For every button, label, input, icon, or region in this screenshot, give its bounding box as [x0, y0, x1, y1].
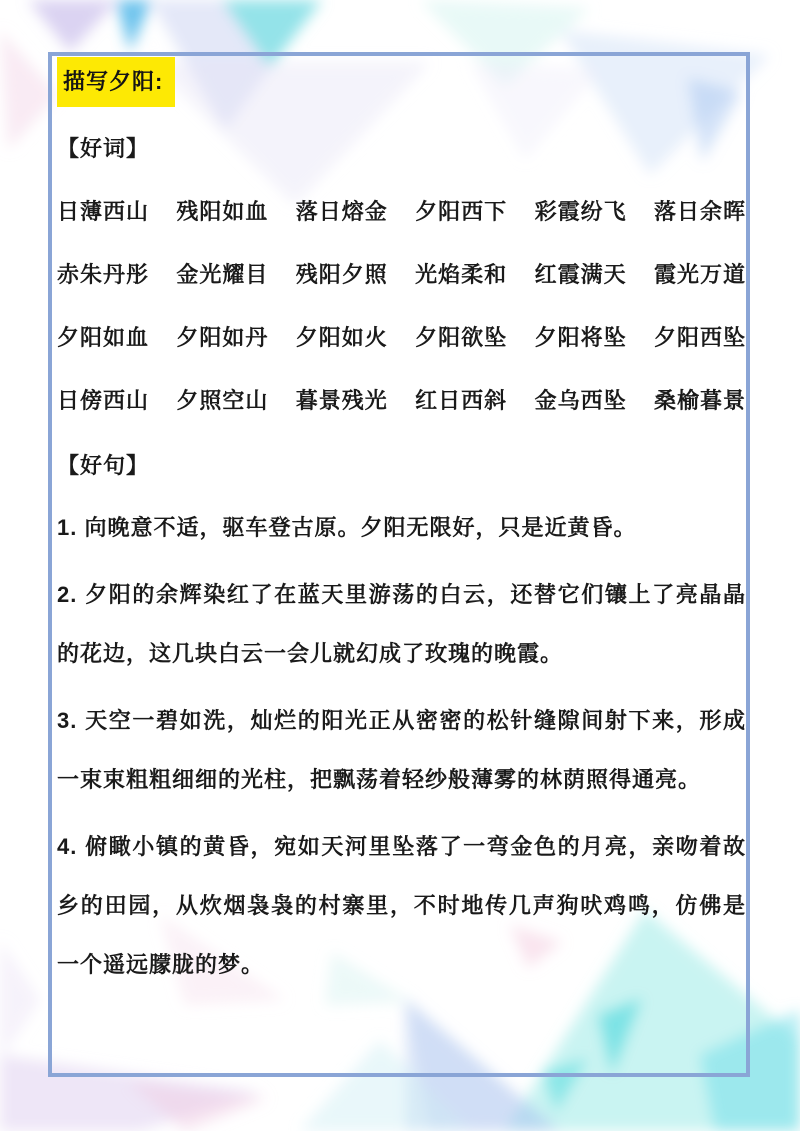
- word-item: 落日余晖: [654, 180, 746, 243]
- page-title: 描写夕阳:: [57, 57, 746, 107]
- sentence-paragraph: 1. 向晚意不适，驱车登古原。夕阳无限好，只是近黄昏。: [57, 498, 746, 557]
- sentence-paragraph: 3. 天空一碧如洗，灿烂的阳光正从密密的松针缝隙间射下来，形成一束束粗粗细细的光…: [57, 691, 746, 809]
- word-item: 夕照空山: [176, 369, 268, 432]
- word-item: 光焰柔和: [415, 243, 507, 306]
- word-item: 夕阳欲坠: [415, 306, 507, 369]
- word-item: 夕阳如血: [57, 306, 149, 369]
- document-page: { "page": { "title": "描写夕阳:" }, "good_wo…: [0, 0, 800, 1131]
- word-grid-row: 夕阳如血 夕阳如丹 夕阳如火 夕阳欲坠 夕阳将坠 夕阳西坠: [57, 306, 746, 369]
- word-item: 红霞满天: [535, 243, 627, 306]
- word-item: 夕阳西坠: [654, 306, 746, 369]
- word-item: 夕阳西下: [415, 180, 507, 243]
- word-grid-row: 日傍西山 夕照空山 暮景残光 红日西斜 金乌西坠 桑榆暮景: [57, 369, 746, 432]
- word-item: 夕阳如火: [296, 306, 388, 369]
- word-grid-row: 赤朱丹彤 金光耀目 残阳夕照 光焰柔和 红霞满天 霞光万道: [57, 243, 746, 306]
- section-heading-good-sentences: 【好句】: [57, 436, 746, 495]
- word-item: 夕阳如丹: [176, 306, 268, 369]
- sentence-paragraph: 2. 夕阳的余辉染红了在蓝天里游荡的白云，还替它们镶上了亮晶晶的花边，这几块白云…: [57, 565, 746, 683]
- word-item: 金光耀目: [176, 243, 268, 306]
- word-item: 落日熔金: [296, 180, 388, 243]
- word-item: 暮景残光: [296, 369, 388, 432]
- word-item: 红日西斜: [415, 369, 507, 432]
- word-item: 赤朱丹彤: [57, 243, 149, 306]
- section-heading-good-words: 【好词】: [57, 117, 746, 180]
- word-grid: 日薄西山 残阳如血 落日熔金 夕阳西下 彩霞纷飞 落日余晖 赤朱丹彤 金光耀目 …: [57, 180, 746, 432]
- word-item: 桑榆暮景: [654, 369, 746, 432]
- word-item: 残阳如血: [176, 180, 268, 243]
- word-item: 彩霞纷飞: [535, 180, 627, 243]
- word-grid-row: 日薄西山 残阳如血 落日熔金 夕阳西下 彩霞纷飞 落日余晖: [57, 180, 746, 243]
- title-highlight: 描写夕阳:: [57, 57, 175, 107]
- word-item: 夕阳将坠: [535, 306, 627, 369]
- word-item: 金乌西坠: [535, 369, 627, 432]
- sentence-paragraph: 4. 俯瞰小镇的黄昏，宛如天河里坠落了一弯金色的月亮，亲吻着故乡的田园，从炊烟袅…: [57, 817, 746, 994]
- word-item: 霞光万道: [654, 243, 746, 306]
- word-item: 残阳夕照: [296, 243, 388, 306]
- word-item: 日薄西山: [57, 180, 149, 243]
- document-content: 描写夕阳: 【好词】 日薄西山 残阳如血 落日熔金 夕阳西下 彩霞纷飞 落日余晖…: [57, 57, 746, 1002]
- word-item: 日傍西山: [57, 369, 149, 432]
